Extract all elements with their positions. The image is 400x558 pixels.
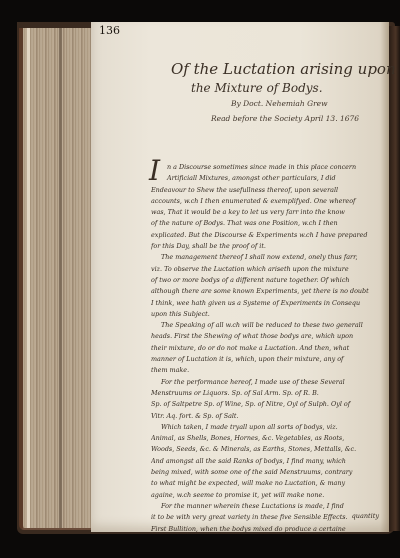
body-line: viz. To observe the Luctation which aris… bbox=[151, 264, 387, 275]
read-date-line: Read before the Society April 13. 1676 bbox=[211, 114, 359, 123]
body-line: was, That it would be a key to let us ve… bbox=[151, 207, 387, 218]
body-line: them make. bbox=[151, 365, 387, 376]
book-cover-edge bbox=[389, 26, 400, 531]
body-line: Which taken, I made tryall upon all sort… bbox=[151, 422, 387, 433]
body-line: being mixed, with some one of the said M… bbox=[151, 467, 387, 478]
body-line: I think, wee hath given us a Systeme of … bbox=[151, 298, 387, 309]
body-line: And amongst all the said Ranks of bodys,… bbox=[151, 456, 387, 467]
title-line-2: the Mixture of Bodys. bbox=[191, 81, 323, 95]
body-line: Sp. of Saltpetre Sp. of Wine, Sp. of Nit… bbox=[151, 399, 387, 410]
body-text: n a Discourse sometimes since made in th… bbox=[151, 162, 387, 535]
body-line: n a Discourse sometimes since made in th… bbox=[151, 162, 387, 173]
body-line: to what might be expected, will make no … bbox=[151, 478, 387, 489]
body-line: of two or more bodys of a different natu… bbox=[151, 275, 387, 286]
folio-number: 136 bbox=[99, 24, 120, 37]
body-line: Artificiall Mixtures, amongst other part… bbox=[151, 173, 387, 184]
catchword: quantity bbox=[352, 512, 379, 520]
body-line: Animal, as Shells, Bones, Hornes, &c. Ve… bbox=[151, 433, 387, 444]
body-line: of the nature of Bodys. That was one Pos… bbox=[151, 218, 387, 229]
body-line: upon this Subject. bbox=[151, 309, 387, 320]
body-line: The Speaking of all w.ch will be reduced… bbox=[151, 320, 387, 331]
body-line: Vitr. Aq. fort. & Sp. of Salt. bbox=[151, 411, 387, 422]
body-line: heads. First the Shewing of what those b… bbox=[151, 331, 387, 342]
page-edges-stack bbox=[19, 28, 97, 530]
body-line: their mixture, do or do not make a Lucta… bbox=[151, 343, 387, 354]
body-line: for this Day, shall be the proof of it. bbox=[151, 241, 387, 252]
body-line: For the performance hereof, I made use o… bbox=[151, 377, 387, 388]
body-line: The management thereof I shall now exten… bbox=[151, 252, 387, 263]
body-line: although there are some known Experiment… bbox=[151, 286, 387, 297]
body-line: For the manner wherein these Luctations … bbox=[151, 501, 387, 512]
body-line: againe, w.ch seeme to promise it, yet wi… bbox=[151, 490, 387, 501]
author-byline: By Doct. Nehemiah Grew bbox=[231, 99, 328, 108]
body-line: Menstruums or Liquors. Sp. of Sal Arm. S… bbox=[151, 388, 387, 399]
body-line: manner of Luctation it is, which, upon t… bbox=[151, 354, 387, 365]
body-line: Woods, Seeds, &c. & Minerals, as Earths,… bbox=[151, 444, 387, 455]
body-line: First Bullition, when the bodys mixed do… bbox=[151, 524, 387, 535]
body-line: explicated. But the Discourse & Experime… bbox=[151, 230, 387, 241]
manuscript-page: 136 Of the Luctation arising upon the Mi… bbox=[91, 22, 389, 532]
body-line: Endeavour to Shew the usefullness thereo… bbox=[151, 185, 387, 196]
body-line: accounts, w.ch I then enumerated & exemp… bbox=[151, 196, 387, 207]
title-line-1: Of the Luctation arising upon bbox=[171, 60, 396, 78]
